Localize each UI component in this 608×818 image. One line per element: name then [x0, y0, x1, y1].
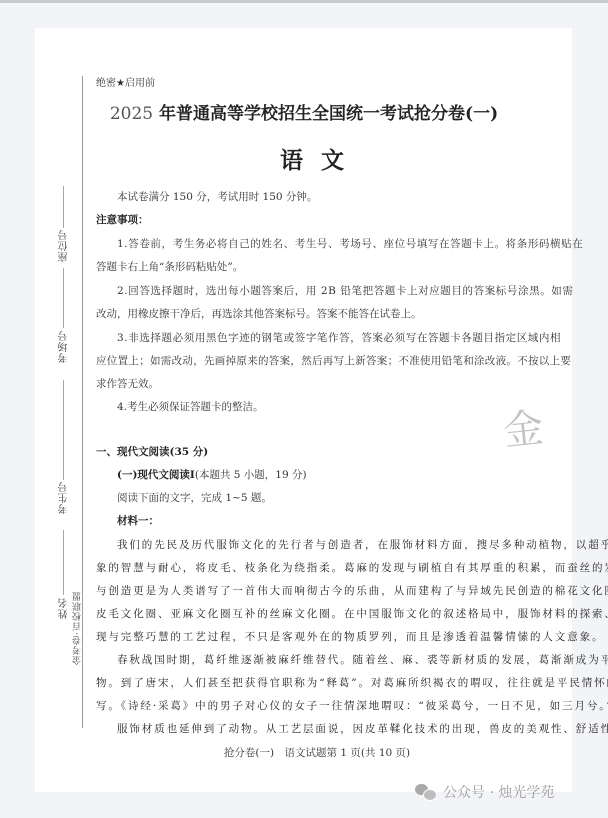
body-line: 我们的先民及历代服饰文化的先行者与创造者，在服饰材料方面，搜尽多种动植物，以超乎…	[117, 537, 608, 552]
exam-room-number-label: 考场号	[57, 330, 72, 363]
exam-title: 2025 年普通高等学校招生全国统一考试抢分卷(一)	[0, 99, 608, 124]
subsection-note: (本题共 5 小题，19 分)	[195, 469, 307, 481]
body-line: 现与完整巧慧的工艺过程，不只是客观外在的物质罗列，而且是渗透着温馨情愫的人文意象…	[96, 629, 604, 644]
body-line: 象的智慧与耐心，将皮毛、枝条化为绕指柔。葛麻的发现与刷植自有其厚重的积累，而蚕丝…	[96, 560, 608, 575]
notice-item-4: 4.考生必须保证答题卡的整洁。	[117, 399, 264, 414]
notice-item-2-line-2: 改动，用橡皮擦干净后，再选涂其他答案标号。答案不能答在试卷上。	[96, 306, 422, 321]
body-line: 写。《诗经·采葛》中的男子对心仪的女子一往情深地喟叹：“彼采葛兮，一日不见，如三…	[96, 698, 608, 713]
margin-underline	[63, 380, 64, 480]
page-footer: 抢分卷(一) 语文试题第 1 页(共 10 页)	[0, 745, 608, 760]
section-heading: 一、现代文阅读(35 分)	[96, 444, 208, 459]
window-top-edge	[0, 0, 608, 3]
margin-underline	[63, 186, 64, 228]
notice-item-3-line-1: 3.非选择题必须用黑色字迹的钢笔或签字笔作答，答案必须写在答题卡各题目指定区域内…	[117, 330, 561, 345]
notice-item-3-line-3: 求作答无效。	[96, 376, 159, 391]
body-line: 服饰材质也延伸到了动物。从工艺层面说，因皮革鞣化技术的出现，兽皮的美观性、舒适性…	[117, 721, 608, 736]
name-label: 姓名	[57, 597, 72, 619]
notice-item-1-line-2: 答题卡右上角“条形码粘贴处”。	[96, 259, 243, 274]
wechat-account-text: 公众号 · 烛光学苑	[443, 782, 554, 802]
body-line: 与创造更是为人类谱写了一首伟大而响彻古今的乐曲，从而建构了与异域先民创造的棉花文…	[96, 583, 608, 598]
candidate-number-label: 考生号	[57, 481, 72, 514]
notice-heading: 注意事项：	[96, 212, 149, 227]
reading-instruction: 阅读下面的文字，完成 1~5 题。	[117, 490, 272, 505]
subject-title: 语文	[0, 142, 608, 175]
material-label: 材料一：	[117, 513, 159, 528]
wechat-icon	[415, 783, 437, 801]
seat-number-label: 座位号	[57, 229, 72, 262]
subsection-heading: (一)现代文阅读Ⅰ(本题共 5 小题，19 分)	[117, 467, 307, 482]
body-line: 物。到了唐宋，人们甚至把获得官职称为“释葛”。对葛麻所织褐衣的喟叹，往往就是平民…	[96, 675, 608, 690]
margin-underline	[63, 530, 64, 595]
body-line: 皮毛文化圈、亚麻文化圈互补的丝麻文化圈。在中国服饰文化的叙述格局中，服饰材料的探…	[96, 606, 608, 621]
notice-item-3-line-2: 应位置上；如需改动，先画掉原来的答案，然后再写上新答案；不准使用铅笔和涂改液。不…	[96, 353, 571, 368]
intro-text: 本试卷满分 150 分，考试用时 150 分钟。	[117, 189, 317, 204]
wechat-watermark: 公众号 · 烛光学苑	[415, 782, 554, 802]
alliance-label: 金考卷·百校联盟	[71, 591, 84, 665]
subsection-title: (一)现代文阅读Ⅰ	[117, 469, 195, 481]
margin-underline	[63, 268, 64, 328]
exam-year: 2025	[110, 104, 153, 124]
notice-item-1-line-1: 1.答卷前，考生务必将自己的姓名、考生号、考场号、座位号填写在答题卡上。将条形码…	[117, 236, 583, 251]
seal-watermark: 金	[500, 396, 546, 457]
body-line: 春秋战国时期，葛纤维逐渐被麻纤维替代。随着丝、麻、裘等新材质的发展，葛渐渐成为平…	[117, 652, 608, 667]
exam-title-text: 年普通高等学校招生全国统一考试抢分卷(一)	[159, 104, 498, 124]
confidential-label: 绝密★启用前	[96, 74, 155, 89]
notice-item-2-line-1: 2.回答选择题时，选出每小题答案后，用 2B 铅笔把答题卡上对应题目的答案标号涂…	[117, 283, 574, 298]
